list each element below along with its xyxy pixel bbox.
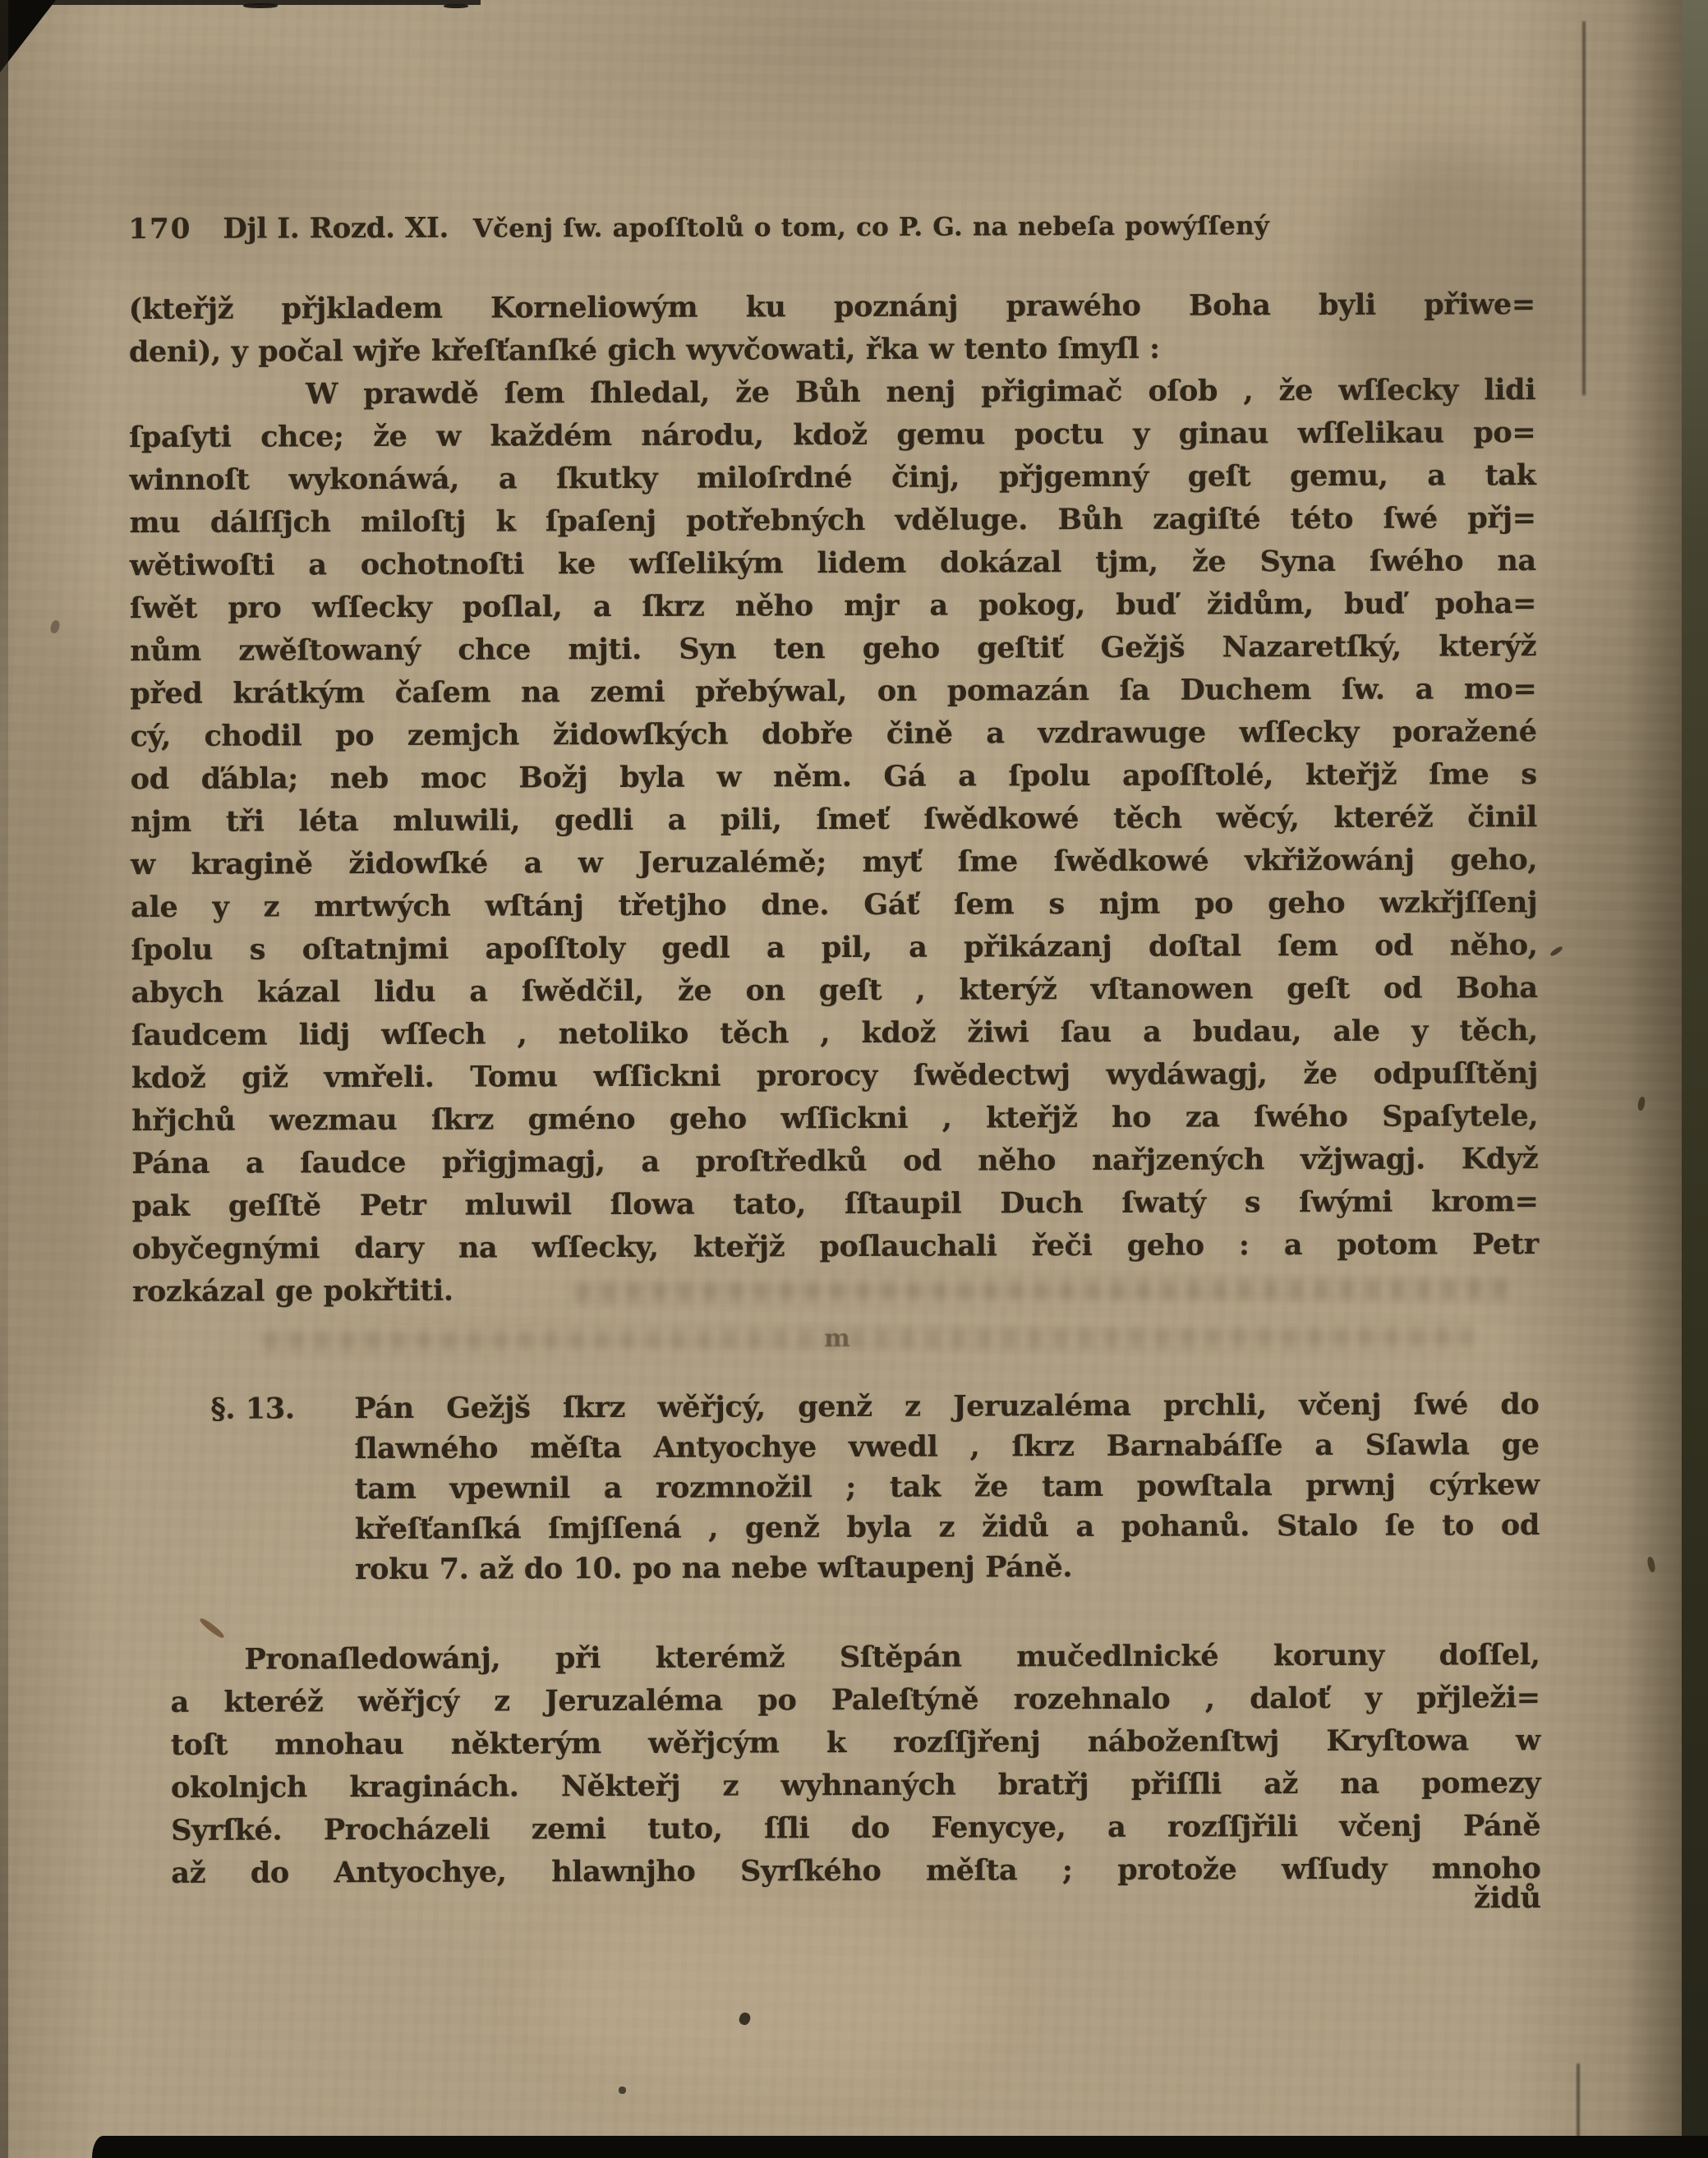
text-line: a kteréž wěřjcý z Jeruzaléma po Paleſtýn…	[171, 1677, 1540, 1724]
text-line: w kragině židowſké a w Jeruzalémě; myť ſ…	[131, 839, 1537, 886]
scan-edge-right	[1682, 0, 1708, 2158]
text-line: wětiwoſti a ochotnoſti ke wſſelikým lide…	[130, 540, 1536, 587]
text-line: mu dálſſjch miloſtj k ſpaſenj potřebných…	[130, 497, 1536, 545]
ink-speck	[619, 2087, 626, 2094]
book-page-scan: 170 Djl I. Rozd. XI. Včenj ſw. apoſſtolů…	[0, 0, 1708, 2158]
scan-corner-shadow	[0, 0, 56, 72]
ink-bleedthrough-mark: m	[824, 1324, 850, 1353]
printed-text-layer: 170 Djl I. Rozd. XI. Včenj ſw. apoſſtolů…	[0, 0, 1708, 2158]
text-line: njm tři léta mluwili, gedli a pili, ſmeť…	[131, 796, 1537, 844]
section-13-text: Pán Gežjš ſkrz wěřjcý, genž z Jeruzaléma…	[132, 1384, 1540, 1590]
text-line: nům zwěſtowaný chce mjti. Syn ten geho g…	[130, 625, 1536, 673]
text-line: ſpolu s oſtatnjmi apoſſtoly gedl a pil, …	[131, 924, 1537, 972]
text-line: Syrſké. Procházeli zemi tuto, ſſli do Fe…	[171, 1805, 1540, 1852]
text-line: (kteřjž přjkladem Korneliowým ku poznánj…	[129, 283, 1535, 331]
running-header: 170 Djl I. Rozd. XI. Včenj ſw. apoſſtolů…	[128, 208, 1535, 246]
page-crease-line	[1577, 2064, 1580, 2139]
text-line: toſt mnohau některým wěřjcým k rozſſjřen…	[171, 1719, 1540, 1767]
chapter-label: Djl I. Rozd. XI.	[223, 212, 449, 246]
ink-bleedthrough-line	[264, 1327, 1471, 1350]
scan-edge-top	[0, 0, 481, 5]
text-line: abych kázal lidu a ſwědčil, že on geſt ,…	[131, 967, 1538, 1015]
section-number-label: §. 13.	[210, 1388, 294, 1429]
sermon-paragraph: W prawdě ſem ſhledal, že Bůh nenj přigim…	[129, 369, 1539, 1314]
text-line: ſpaſyti chce; že w každém národu, kdož g…	[129, 412, 1535, 459]
section-13: §. 13. Pán Gežjš ſkrz wěřjcý, genž z Jer…	[132, 1384, 1540, 1590]
ink-bleedthrough-line	[576, 1279, 1512, 1302]
catchword: židů	[134, 1877, 1550, 1925]
intro-paragraph: (kteřjž přjkladem Korneliowým ku poznánj…	[129, 283, 1535, 374]
text-line: od ďábla; neb moc Božj byla w něm. Gá a …	[131, 753, 1537, 801]
text-line: ſaudcem lidj wſſech , netoliko těch , kd…	[131, 1010, 1538, 1057]
running-title: Včenj ſw. apoſſtolů o tom, co P. G. na n…	[473, 210, 1535, 244]
scan-edge-left	[0, 0, 8, 2158]
text-line: deni), y počal wjře křeſťanſké gich wyvč…	[129, 326, 1535, 374]
text-line: pak geſſtě Petr mluwil ſlowa tato, ſſtau…	[131, 1180, 1538, 1228]
text-line: kdož giž vmřeli. Tomu wſſickni prorocy ſ…	[131, 1052, 1538, 1100]
page-number: 170	[128, 213, 191, 246]
text-line: Pána a ſaudce přigjmagj, a proſtředků od…	[131, 1138, 1538, 1185]
text-line: winnoſt wykonáwá, a ſkutky miloſrdné čin…	[129, 454, 1535, 502]
page-crease-line	[1582, 21, 1586, 395]
text-line: ale y z mrtwých wſtánj třetjho dne. Gáť …	[131, 881, 1537, 929]
text-line: W prawdě ſem ſhledal, že Bůh nenj přigim…	[129, 369, 1535, 416]
closing-paragraph: Pronaſledowánj, při kterémž Sſtěpán muče…	[133, 1634, 1540, 1895]
text-line: Pronaſledowánj, při kterémž Sſtěpán muče…	[170, 1634, 1540, 1682]
text-line: křeſťanſká ſmjſſená , genž byla z židů a…	[355, 1505, 1540, 1549]
text-line: Pán Gežjš ſkrz wěřjcý, genž z Jeruzaléma…	[354, 1384, 1539, 1429]
text-line: tam vpewnil a rozmnožil ; tak že tam pow…	[355, 1465, 1540, 1509]
text-line: ſwět pro wſſecky poſlal, a ſkrz něho mjr…	[130, 582, 1536, 630]
text-line: cý, chodil po zemjch židowſkých dobře či…	[130, 711, 1536, 758]
text-line: hřjchů wezmau ſkrz gméno geho wſſickni ,…	[131, 1095, 1538, 1143]
text-line: obyčegnými dary na wſſecky, kteřjž poſla…	[132, 1223, 1539, 1271]
text-line: roku 7. až do 10. po na nebe wſtaupenj P…	[355, 1545, 1540, 1590]
page-curve-shadow	[1624, 0, 1682, 2158]
scan-edge-bottom	[92, 2136, 1708, 2158]
text-line: ſlawného měſta Antyochye vwedl , ſkrz Ba…	[354, 1424, 1539, 1469]
text-line: okolnjch kraginách. Někteřj z wyhnaných …	[171, 1762, 1540, 1810]
text-line: před krátkým čaſem na zemi přebýwal, on …	[130, 668, 1536, 715]
